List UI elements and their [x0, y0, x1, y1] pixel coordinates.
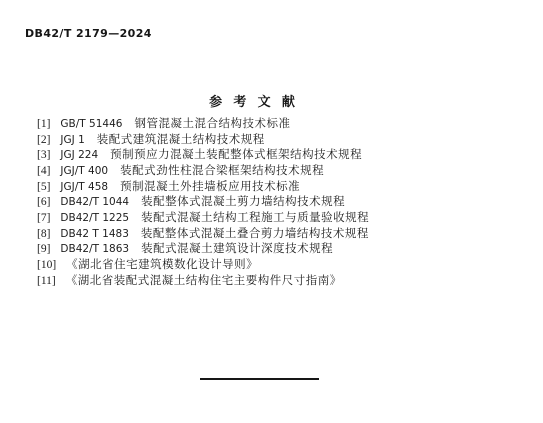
reference-number: [5] [37, 180, 50, 196]
reference-title: 《湖北省装配式混凝土结构住宅主要构件尺寸指南》 [66, 274, 342, 290]
reference-title: 预制预应力混凝土装配整体式框架结构技术规程 [110, 148, 362, 164]
reference-number: [2] [37, 133, 50, 149]
reference-code: DB42/T 1044 [60, 195, 129, 211]
reference-title: 装配整体式混凝土剪力墙结构技术规程 [141, 195, 345, 211]
reference-title: 装配式建筑混凝土结构技术规程 [97, 133, 265, 149]
reference-title: 《湖北省住宅建筑模数化设计导则》 [66, 258, 258, 274]
reference-title: 钢管混凝土混合结构技术标准 [134, 117, 290, 133]
references-title: 参 考 文 献 [0, 91, 508, 110]
reference-item: [11] 《湖北省装配式混凝土结构住宅主要构件尺寸指南》 [37, 274, 507, 290]
reference-code: JGJ 1 [60, 133, 84, 149]
reference-item: [7] DB42/T 1225 装配式混凝土结构工程施工与质量验收规程 [37, 211, 507, 227]
reference-number: [1] [37, 117, 50, 133]
reference-number: [6] [37, 195, 50, 211]
standard-number-header: DB42/T 2179—2024 [25, 27, 152, 40]
reference-item: [9] DB42/T 1863 装配式混凝土建筑设计深度技术规程 [37, 242, 507, 258]
reference-title: 装配式混凝土建筑设计深度技术规程 [141, 242, 333, 258]
reference-code: DB42/T 1863 [60, 242, 129, 258]
reference-code: DB42 T 1483 [60, 227, 128, 243]
reference-item: [5] JGJ/T 458 预制混凝土外挂墙板应用技术标准 [37, 180, 507, 196]
reference-number: [3] [37, 148, 50, 164]
reference-item: [4] JGJ/T 400 装配式劲性柱混合梁框架结构技术规程 [37, 164, 507, 180]
reference-item: [8] DB42 T 1483 装配整体式混凝土叠合剪力墙结构技术规程 [37, 227, 507, 243]
document-page: DB42/T 2179—2024 参 考 文 献 [1] GB/T 51446 … [0, 0, 543, 423]
reference-code: JGJ 224 [60, 148, 98, 164]
reference-title: 装配整体式混凝土叠合剪力墙结构技术规程 [141, 227, 369, 243]
reference-number: [11] [37, 274, 56, 290]
reference-item: [3] JGJ 224 预制预应力混凝土装配整体式框架结构技术规程 [37, 148, 507, 164]
reference-number: [10] [37, 258, 56, 274]
reference-number: [8] [37, 227, 50, 243]
references-list: [1] GB/T 51446 钢管混凝土混合结构技术标准 [2] JGJ 1 装… [37, 117, 507, 289]
reference-item: [1] GB/T 51446 钢管混凝土混合结构技术标准 [37, 117, 507, 133]
reference-title: 装配式劲性柱混合梁框架结构技术规程 [120, 164, 324, 180]
reference-number: [9] [37, 242, 50, 258]
reference-number: [4] [37, 164, 50, 180]
end-of-document-line [200, 378, 319, 380]
reference-code: DB42/T 1225 [60, 211, 129, 227]
reference-item: [6] DB42/T 1044 装配整体式混凝土剪力墙结构技术规程 [37, 195, 507, 211]
reference-title: 预制混凝土外挂墙板应用技术标准 [120, 180, 300, 196]
reference-title: 装配式混凝土结构工程施工与质量验收规程 [141, 211, 369, 227]
reference-code: GB/T 51446 [60, 117, 122, 133]
reference-code: JGJ/T 400 [60, 164, 108, 180]
reference-code: JGJ/T 458 [60, 180, 108, 196]
reference-item: [2] JGJ 1 装配式建筑混凝土结构技术规程 [37, 133, 507, 149]
reference-number: [7] [37, 211, 50, 227]
reference-item: [10] 《湖北省住宅建筑模数化设计导则》 [37, 258, 507, 274]
